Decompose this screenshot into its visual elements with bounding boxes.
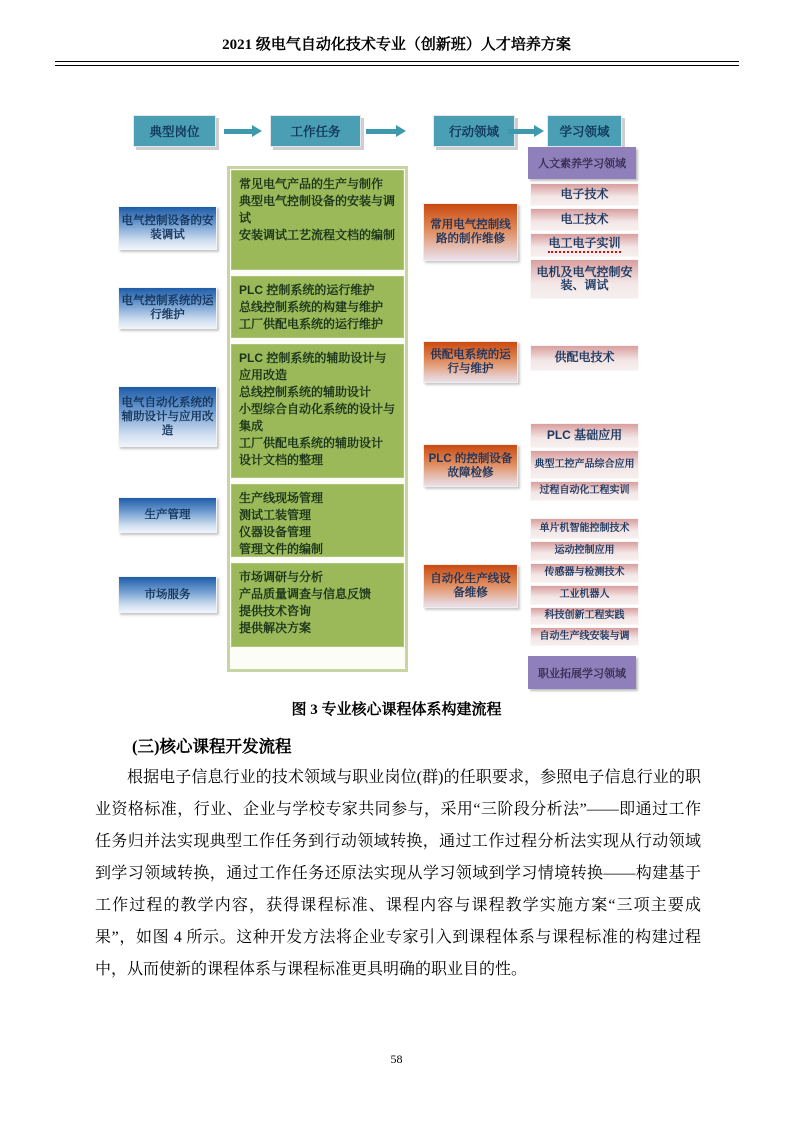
position-box: 电气控制设备的安装调试 [118, 206, 217, 250]
task-line: 工厂供配电系统的辅助设计 [239, 435, 396, 452]
task-line: 测试工装管理 [239, 507, 396, 524]
learning-course-box: 工业机器人 [530, 585, 639, 605]
arrow-right-icon [508, 125, 544, 137]
learning-course-box: 供配电技术 [530, 345, 639, 371]
arrow-right-icon [224, 125, 262, 137]
task-line: 生产线现场管理 [239, 490, 396, 507]
action-domain-box: 常用电气控制线路的制作维修 [423, 203, 518, 261]
task-line: 提供技术咨询 [239, 603, 396, 620]
task-line: 典型电气控制设备的安装与调试 [239, 193, 396, 227]
arrow-right-icon [366, 125, 406, 137]
learning-course-box: 电子技术 [530, 183, 639, 206]
flow-step-action-domains: 行动领域 [433, 115, 515, 147]
position-box: 电气控制系统的运行维护 [118, 287, 217, 329]
learning-course-box: PLC 基础应用 [530, 423, 639, 448]
learning-course-box: 运动控制应用 [530, 541, 639, 561]
flow-step-work-tasks: 工作任务 [270, 115, 361, 147]
task-line: 常见电气产品的生产与制作 [239, 176, 396, 193]
learning-course-box: 电工技术 [530, 208, 639, 231]
position-box: 生产管理 [118, 497, 217, 533]
task-line: 小型综合自动化系统的设计与集成 [239, 401, 396, 435]
flow-step-learning-domains: 学习领域 [547, 115, 622, 147]
action-domain-box: 自动化生产线设备维修 [423, 564, 518, 608]
action-domain-box: PLC 的控制设备故障检修 [423, 444, 518, 487]
task-line: 设计文档的整理 [239, 452, 396, 469]
learning-course-box: 自动生产线安装与调 [530, 627, 639, 646]
task-group-box: 市场调研与分析 产品质量调查与信息反馈 提供技术咨询 提供解决方案 [231, 563, 404, 647]
figure-caption: 图 3 专业核心课程体系构建流程 [0, 698, 793, 719]
task-group-box: 常见电气产品的生产与制作 典型电气控制设备的安装与调试 安装调试工艺流程文档的编… [231, 170, 404, 270]
body-paragraph: 根据电子信息行业的技术领域与职业岗位(群)的任职要求，参照电子信息行业的职业资格… [95, 762, 701, 986]
task-line: 管理文件的编制 [239, 541, 396, 557]
task-line: PLC 控制系统的辅助设计与应用改造 [239, 350, 396, 384]
task-line: 提供解决方案 [239, 620, 396, 637]
position-box: 市场服务 [118, 576, 217, 613]
page-number: 58 [0, 1052, 793, 1067]
task-line: PLC 控制系统的运行维护 [239, 282, 396, 299]
section-heading: (三)核心课程开发流程 [132, 733, 292, 757]
page-header-title: 2021 级电气自动化技术专业（创新班）人才培养方案 [0, 33, 793, 54]
task-line: 总线控制系统的构建与维护 [239, 299, 396, 316]
career-expansion-learning-domain-box: 职业拓展学习领域 [528, 656, 636, 689]
flow-step-typical-posts: 典型岗位 [133, 115, 216, 147]
task-line: 工厂供配电系统的运行维护 [239, 316, 396, 333]
header-divider [55, 61, 739, 66]
position-box: 电气自动化系统的辅助设计与应用改造 [118, 386, 217, 447]
humanities-learning-domain-box: 人文素养学习领域 [528, 147, 636, 179]
learning-course-box: 传感器与检测技术 [530, 563, 639, 583]
document-page: 2021 级电气自动化技术专业（创新班）人才培养方案 典型岗位 工作任务 行动领… [0, 0, 793, 1122]
task-line: 安装调试工艺流程文档的编制 [239, 227, 396, 244]
task-line: 总线控制系统的辅助设计 [239, 384, 396, 401]
learning-course-box: 典型工控产品综合应用 [530, 450, 639, 479]
task-group-box: PLC 控制系统的运行维护 总线控制系统的构建与维护 工厂供配电系统的运行维护 [231, 276, 404, 338]
learning-course-box: 电工电子实训 [530, 233, 639, 257]
learning-course-box: 科技创新工程实践 [530, 607, 639, 625]
task-line: 市场调研与分析 [239, 569, 396, 586]
learning-course-box: 电机及电气控制安装、调试 [530, 259, 639, 299]
learning-course-box: 过程自动化工程实训 [530, 481, 639, 501]
learning-course-box: 单片机智能控制技术 [530, 518, 639, 539]
action-domain-box: 供配电系统的运行与维护 [423, 341, 518, 383]
task-group-box: PLC 控制系统的辅助设计与应用改造 总线控制系统的辅助设计 小型综合自动化系统… [231, 344, 404, 478]
task-line: 仪器设备管理 [239, 524, 396, 541]
task-line: 产品质量调查与信息反馈 [239, 586, 396, 603]
task-group-box: 生产线现场管理 测试工装管理 仪器设备管理 管理文件的编制 [231, 484, 404, 557]
